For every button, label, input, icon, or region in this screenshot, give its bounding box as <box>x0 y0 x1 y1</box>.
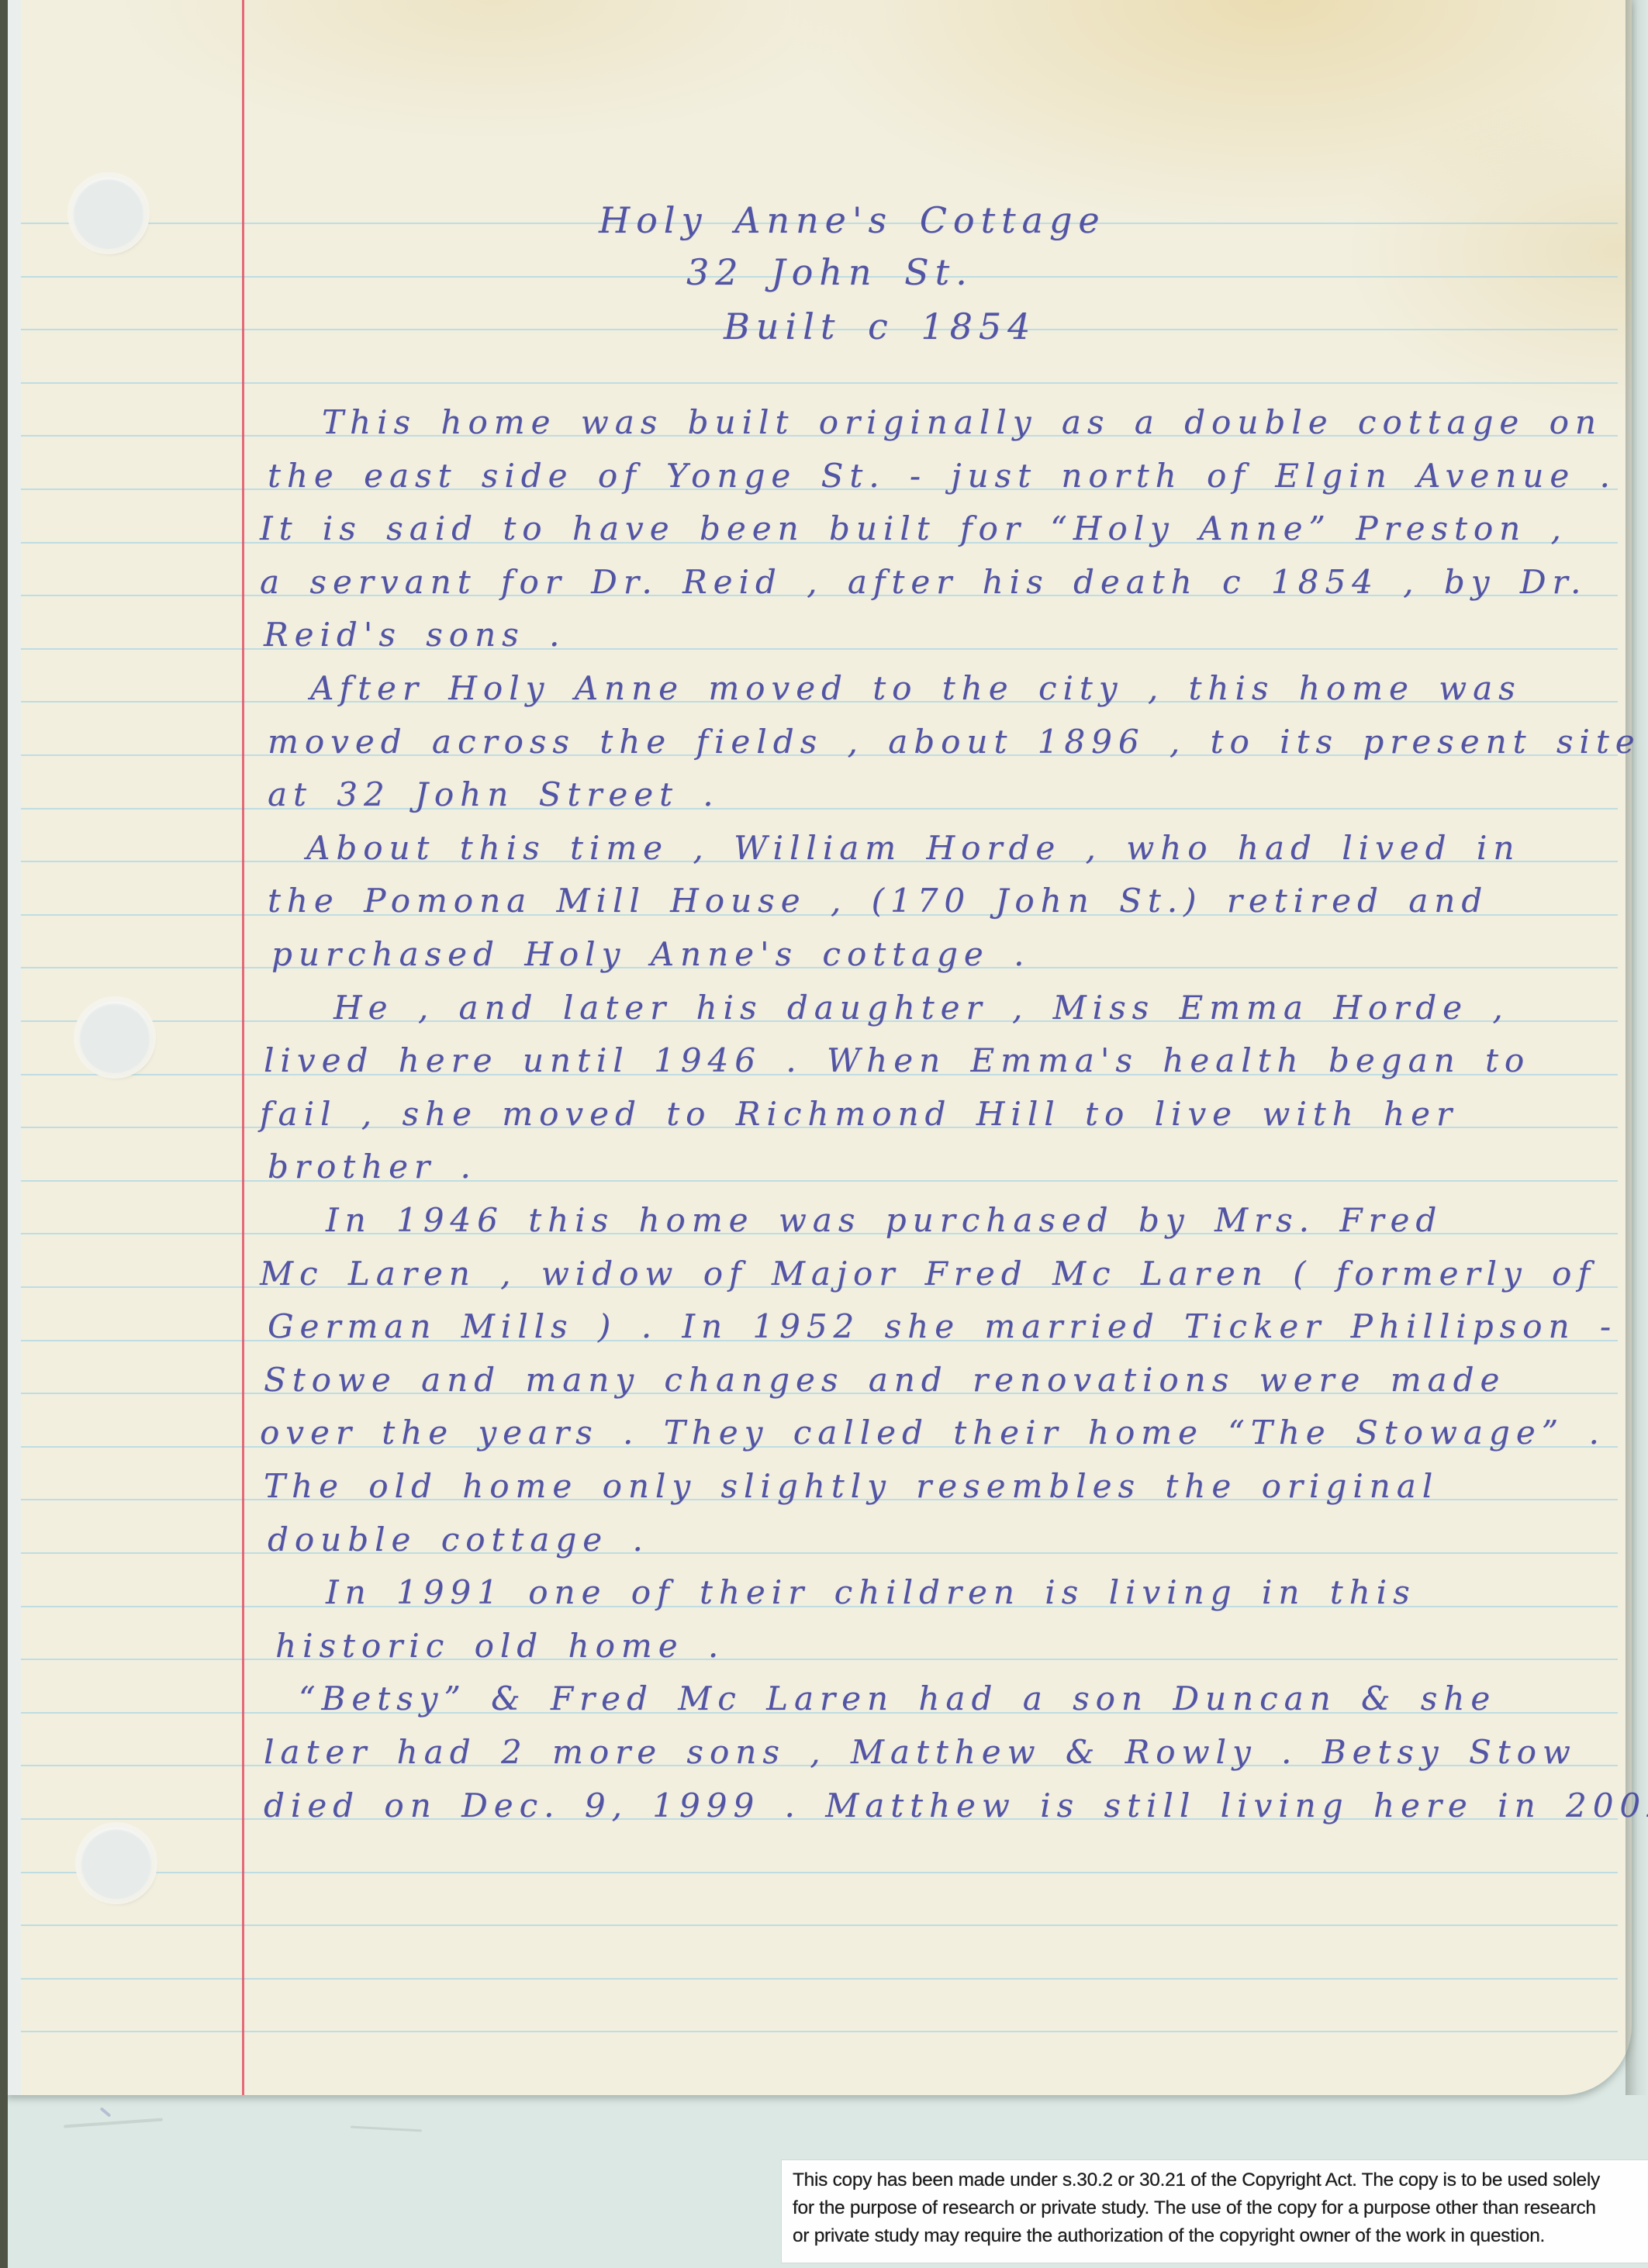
heading-line: Holy Anne's Cottage <box>599 198 1106 243</box>
red-margin-line <box>242 0 244 2095</box>
pencil-smudge <box>351 2126 422 2132</box>
handwriting-line: brother . <box>268 1145 477 1189</box>
hole-punch <box>79 1002 150 1073</box>
handwriting-line: later had 2 more sons , Matthew & Rowly … <box>264 1731 1577 1774</box>
handwriting-line: “Betsy” & Fred Mc Laren had a son Duncan… <box>299 1677 1496 1721</box>
handwriting-line: historic old home . <box>275 1624 724 1668</box>
handwriting-line: German Mills ) . In 1952 she married Tic… <box>268 1305 1617 1348</box>
handwriting-line: over the years . They called their home … <box>260 1411 1605 1455</box>
ruled-line <box>20 648 1618 650</box>
handwriting-line: died on Dec. 9, 1999 . Matthew is still … <box>264 1784 1648 1828</box>
paper-left-edge-highlight <box>8 0 21 2095</box>
handwriting-line: fail , she moved to Richmond Hill to liv… <box>260 1093 1458 1136</box>
copyright-notice-line: This copy has been made under s.30.2 or … <box>793 2170 1600 2191</box>
handwriting-line: purchased Holy Anne's cottage . <box>271 933 1030 976</box>
ruled-line <box>20 1925 1618 1926</box>
ruled-line <box>20 1180 1618 1182</box>
copyright-notice-line: or private study may require the authori… <box>793 2225 1545 2247</box>
hole-punch <box>81 1828 152 1899</box>
handwriting-line: the Pomona Mill House , (170 John St.) r… <box>268 879 1488 923</box>
handwriting-line: Reid's sons . <box>264 613 565 657</box>
hole-punch <box>73 178 144 249</box>
handwriting-line: Mc Laren , widow of Major Fred Mc Laren … <box>260 1252 1596 1296</box>
scanned-page: Holy Anne's Cottage32 John St.Built c 18… <box>0 0 1648 2268</box>
heading-line: Built c 1854 <box>724 304 1036 349</box>
handwriting-line: It is said to have been built for “Holy … <box>260 507 1567 551</box>
handwriting-line: a servant for Dr. Reid , after his death… <box>260 561 1587 604</box>
handwriting-line: at 32 John Street . <box>268 773 720 816</box>
handwriting-line: Stowe and many changes and renovations w… <box>264 1358 1505 1402</box>
handwriting-line: moved across the fields , about 1896 , t… <box>268 720 1641 764</box>
ruled-line <box>20 1659 1618 1660</box>
ruled-line <box>20 382 1618 384</box>
ruled-line <box>20 1978 1618 1980</box>
handwriting-line: He , and later his daughter , Miss Emma … <box>333 986 1509 1030</box>
ruled-line <box>20 1552 1618 1554</box>
ruled-line <box>20 1872 1618 1873</box>
handwriting-line: In 1946 this home was purchased by Mrs. … <box>326 1199 1442 1242</box>
copyright-notice-line: for the purpose of research or private s… <box>793 2197 1596 2219</box>
handwriting-line: About this time , William Horde , who ha… <box>306 827 1520 870</box>
handwriting-line: This home was built originally as a doub… <box>322 401 1602 444</box>
handwriting-line: The old home only slightly resembles the… <box>264 1465 1439 1508</box>
ink-mark <box>100 2107 112 2117</box>
scan-left-edge <box>0 0 8 2268</box>
ruled-line <box>20 808 1618 810</box>
handwriting-line: double cottage . <box>268 1518 649 1562</box>
copyright-notice: This copy has been made under s.30.2 or … <box>782 2160 1648 2263</box>
ruled-line <box>20 2031 1618 2032</box>
handwriting-line: the east side of Yonge St. - just north … <box>268 454 1616 498</box>
handwriting-line: After Holy Anne moved to the city , this… <box>310 667 1522 710</box>
paper-right-edge-shadow <box>1626 0 1648 2095</box>
handwriting-line: In 1991 one of their children is living … <box>326 1571 1416 1614</box>
heading-line: 32 John St. <box>686 250 973 295</box>
pencil-smudge <box>64 2118 163 2128</box>
handwriting-line: lived here until 1946 . When Emma's heal… <box>264 1039 1530 1082</box>
